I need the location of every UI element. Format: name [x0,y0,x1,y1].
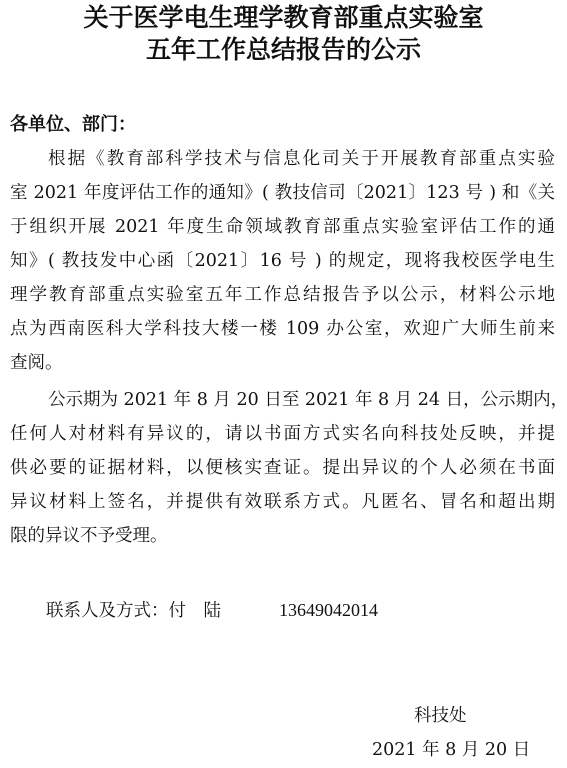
document-title-line-2: 五年工作总结报告的公示 [0,34,567,66]
salutation: 各单位、部门： [10,112,136,138]
paragraph-1-line: 查阅。 [10,350,555,376]
contact-label: 联系人及方式：付 陆 [46,601,221,621]
paragraph-2-line: 异议材料上签名，并提供有效联系方式。凡匿名、冒名和超出期 [10,489,555,515]
paragraph-1-line: 理学教育部重点实验室五年工作总结报告予以公示，材料公示地 [10,282,555,308]
paragraph-2-line: 任何人对材料有异议的，请以书面方式实名向科技处反映，并提 [10,421,555,447]
signature-organization: 科技处 [414,703,467,729]
paragraph-1-line: 于组织开展 2021 年度生命领域教育部重点实验室评估工作的通 [10,214,555,240]
paragraph-1-line: 知》( 教技发中心函〔2021〕16 号 ) 的规定，现将我校医学电生 [10,248,555,274]
contact-info: 联系人及方式：付 陆13649042014 [46,597,378,624]
paragraph-1-line: 根据《教育部科学技术与信息化司关于开展教育部重点实验 [48,146,555,172]
contact-phone: 13649042014 [279,597,378,623]
paragraph-2-line: 限的异议不予受理。 [10,523,555,549]
document-title-line-1: 关于医学电生理学教育部重点实验室 [0,2,567,34]
paragraph-1-line: 室 2021 年度评估工作的通知》( 教技信司〔2021〕123 号 ) 和《关 [10,180,555,206]
signature-date: 2021 年 8 月 20 日 [372,737,530,763]
paragraph-2-line: 公示期为 2021 年 8 月 20 日至 2021 年 8 月 24 日，公示… [48,387,555,413]
paragraph-1-line: 点为西南医科大学科技大楼一楼 109 办公室，欢迎广大师生前来 [10,316,555,342]
paragraph-2-line: 供必要的证据材料，以便核实查证。提出异议的个人必须在书面 [10,455,555,481]
